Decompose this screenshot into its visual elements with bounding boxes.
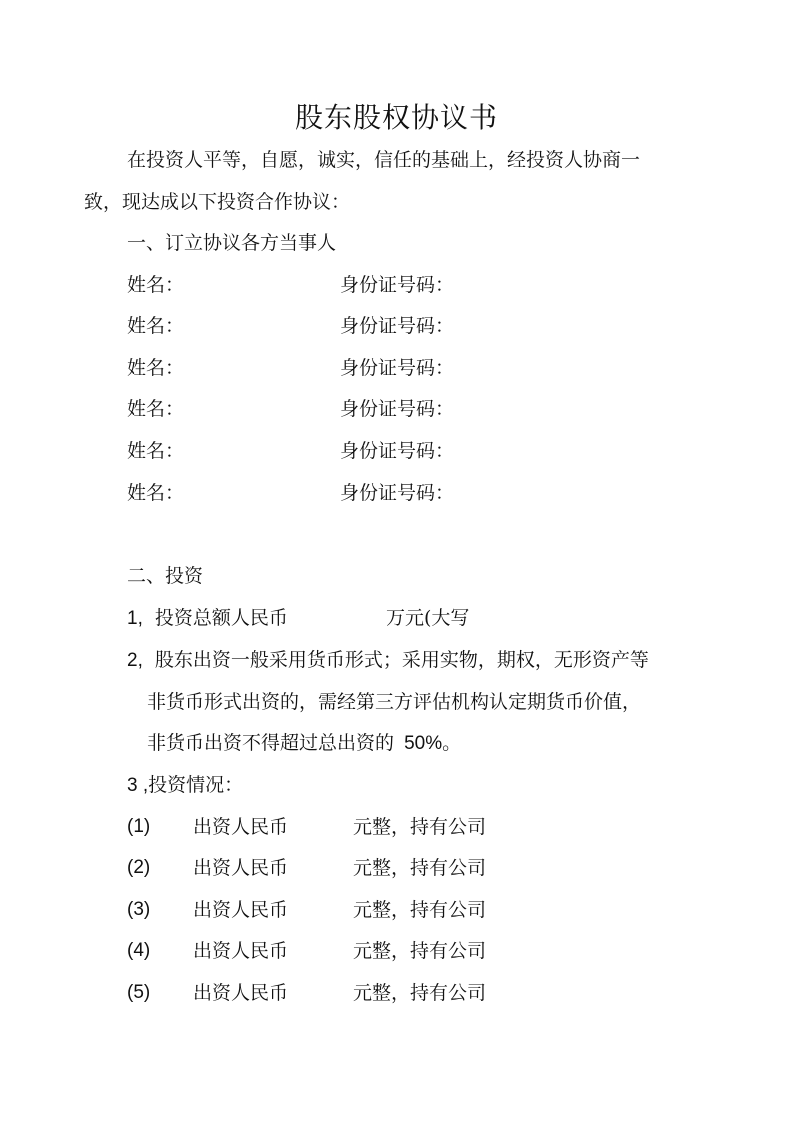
party-name-label: 姓名： <box>127 273 184 297</box>
investment-details-heading: 3 ,投资情况： <box>127 773 243 798</box>
item-number: 2, <box>127 650 143 671</box>
party-id-label: 身份证号码： <box>340 273 454 297</box>
contribution-rule-text: 股东出资一般采用货币形式；采用实物，期权，无形资产等 <box>155 649 649 671</box>
row-number: (3) <box>127 898 150 922</box>
investment-details-heading-text: 3 ,投资情况： <box>127 775 243 796</box>
row-text: 出资人民币 <box>193 856 288 880</box>
investment-total-text: 投资总额人民币 <box>155 607 288 629</box>
contribution-rule-end: 。 <box>442 732 461 754</box>
party-id-label: 身份证号码： <box>340 356 454 380</box>
party-name-label: 姓名： <box>127 481 184 505</box>
contribution-rule-line-1: 2, 股东出资一般采用货币形式；采用实物，期权，无形资产等 <box>127 648 649 673</box>
party-name-label: 姓名： <box>127 356 184 380</box>
party-id-label: 身份证号码： <box>340 314 454 338</box>
row-number: (4) <box>127 939 150 963</box>
row-text: 出资人民币 <box>193 815 288 839</box>
party-id-label: 身份证号码： <box>340 439 454 463</box>
row-text: 出资人民币 <box>193 898 288 922</box>
item-number: 1, <box>127 608 143 629</box>
section-2-heading: 二、投资 <box>127 564 203 588</box>
contribution-rule-text: 非货币出资不得超过总出资的 <box>147 732 394 754</box>
row-tail: 元整，持有公司 <box>353 856 486 880</box>
row-number: (5) <box>127 981 150 1005</box>
document-title: 股东股权协议书 <box>0 102 793 134</box>
intro-line-1: 在投资人平等，自愿，诚实，信任的基础上，经投资人协商一 <box>127 148 640 172</box>
row-number: (2) <box>127 856 150 880</box>
party-id-label: 身份证号码： <box>340 481 454 505</box>
section-1-heading: 一、订立协议各方当事人 <box>127 231 336 255</box>
row-number: (1) <box>127 815 150 839</box>
investment-total-unit: 万元(大写 <box>386 606 469 630</box>
contribution-rule-line-2: 非货币形式出资的，需经第三方评估机构认定期货币价值， <box>147 690 641 714</box>
contribution-rule-line-3: 非货币出资不得超过总出资的 50%。 <box>147 731 461 756</box>
party-name-label: 姓名： <box>127 439 184 463</box>
investment-total-line: 1, 投资总额人民币 <box>127 606 288 631</box>
party-id-label: 身份证号码： <box>340 397 454 421</box>
intro-line-2: 致，现达成以下投资合作协议： <box>84 190 350 214</box>
row-tail: 元整，持有公司 <box>353 981 486 1005</box>
party-name-label: 姓名： <box>127 314 184 338</box>
row-text: 出资人民币 <box>193 981 288 1005</box>
party-name-label: 姓名： <box>127 397 184 421</box>
row-tail: 元整，持有公司 <box>353 939 486 963</box>
contribution-limit-percent: 50% <box>404 733 442 754</box>
row-tail: 元整，持有公司 <box>353 898 486 922</box>
row-text: 出资人民币 <box>193 939 288 963</box>
row-tail: 元整，持有公司 <box>353 815 486 839</box>
